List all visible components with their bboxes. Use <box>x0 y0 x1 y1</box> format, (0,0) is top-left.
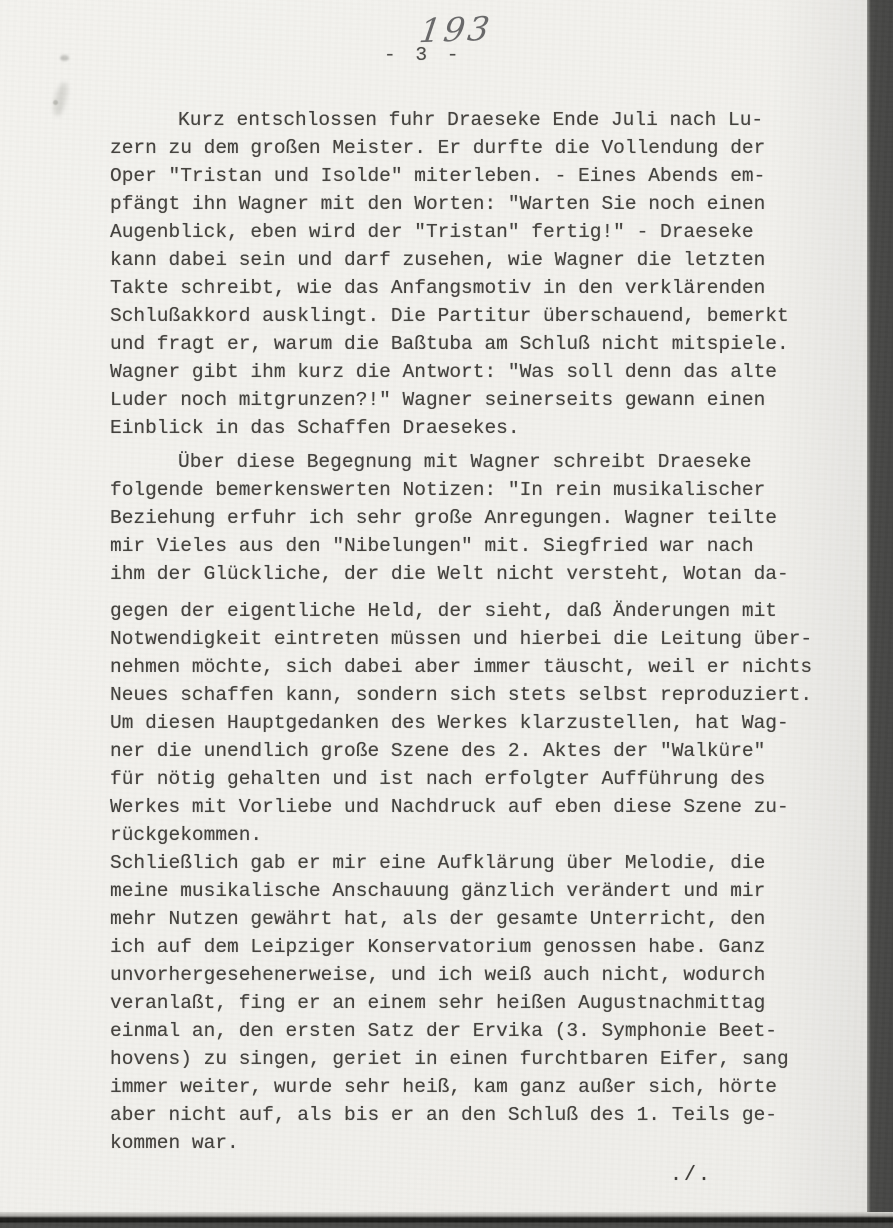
text-line: Luder noch mitgrunzen?!" Wagner seinerse… <box>110 386 846 414</box>
text-line: Augenblick, eben wird der "Tristan" fert… <box>110 218 846 246</box>
typewritten-body: Kurz entschlossen fuhr Draeseke Ende Jul… <box>110 106 846 1157</box>
continuation-mark: ./. <box>670 1164 712 1187</box>
text-line: ihm der Glückliche, der die Welt nicht v… <box>110 560 846 588</box>
text-line: ner die unendlich große Szene des 2. Akt… <box>110 737 846 765</box>
text-line: nehmen möchte, sich dabei aber immer täu… <box>110 653 846 681</box>
text-line: Notwendigkeit eintreten müssen und hierb… <box>110 625 846 653</box>
paragraph: Kurz entschlossen fuhr Draeseke Ende Jul… <box>110 106 846 442</box>
text-line: rückgekommen. <box>110 821 846 849</box>
text-line: einmal an, den ersten Satz der Ervika (3… <box>110 1017 846 1045</box>
text-line: aber nicht auf, als bis er an den Schluß… <box>110 1101 846 1129</box>
text-line: Oper "Tristan und Isolde" miterleben. - … <box>110 162 846 190</box>
text-line: zern zu dem großen Meister. Er durfte di… <box>110 134 846 162</box>
text-line: veranlaßt, fing er an einem sehr heißen … <box>110 989 846 1017</box>
paragraph: Über diese Begegnung mit Wagner schreibt… <box>110 448 846 588</box>
text-line: Wagner gibt ihm kurz die Antwort: "Was s… <box>110 358 846 386</box>
text-line: Werkes mit Vorliebe und Nachdruck auf eb… <box>110 793 846 821</box>
text-line: unvorhergesehenerweise, und ich weiß auc… <box>110 961 846 989</box>
text-line: Neues schaffen kann, sondern sich stets … <box>110 681 846 709</box>
text-line: Kurz entschlossen fuhr Draeseke Ende Jul… <box>110 106 846 134</box>
text-line: hovens) zu singen, geriet in einen furch… <box>110 1045 846 1073</box>
scan-edge-bottom <box>0 1212 893 1228</box>
text-line: und fragt er, warum die Baßtuba am Schlu… <box>110 330 846 358</box>
text-line: Beziehung erfuhr ich sehr große Anregung… <box>110 504 846 532</box>
text-line: kommen war. <box>110 1129 846 1157</box>
text-line: Um diesen Hauptgedanken des Werkes klarz… <box>110 709 846 737</box>
text-line: kann dabei sein und darf zusehen, wie Wa… <box>110 246 846 274</box>
scan-edge-right <box>867 0 893 1228</box>
text-line: Takte schreibt, wie das Anfangsmotiv in … <box>110 274 846 302</box>
text-line: immer weiter, wurde sehr heiß, kam ganz … <box>110 1073 846 1101</box>
pencil-smudge <box>60 55 69 61</box>
text-line: Über diese Begegnung mit Wagner schreibt… <box>110 448 846 476</box>
text-line: mehr Nutzen gewährt hat, als der gesamte… <box>110 905 846 933</box>
paragraph: Schließlich gab er mir eine Aufklärung ü… <box>110 849 846 1157</box>
pencil-smudge <box>53 100 58 105</box>
text-line: mir Vieles aus den "Nibelungen" mit. Sie… <box>110 532 846 560</box>
text-line: pfängt ihn Wagner mit den Worten: "Warte… <box>110 190 846 218</box>
text-line: Schließlich gab er mir eine Aufklärung ü… <box>110 849 846 877</box>
text-line: gegen der eigentliche Held, der sieht, d… <box>110 597 846 625</box>
typed-page-number: - 3 - <box>384 44 463 66</box>
text-line: meine musikalische Anschauung gänzlich v… <box>110 877 846 905</box>
paragraph: gegen der eigentliche Held, der sieht, d… <box>110 597 846 849</box>
scanned-page: 193 - 3 - Kurz entschlossen fuhr Draesek… <box>0 0 893 1228</box>
text-line: Schlußakkord ausklingt. Die Partitur übe… <box>110 302 846 330</box>
text-line: Einblick in das Schaffen Draesekes. <box>110 414 846 442</box>
pencil-smudge <box>52 81 70 117</box>
text-line: folgende bemerkenswerten Notizen: "In re… <box>110 476 846 504</box>
text-line: für nötig gehalten und ist nach erfolgte… <box>110 765 846 793</box>
text-line: ich auf dem Leipziger Konservatorium gen… <box>110 933 846 961</box>
